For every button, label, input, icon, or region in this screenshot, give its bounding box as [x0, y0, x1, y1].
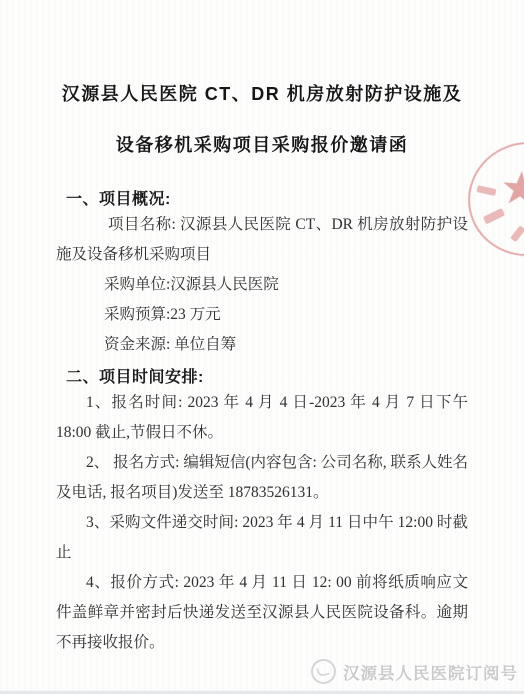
purchaser-paragraph: 采购单位:汉源县人民医院	[56, 270, 468, 300]
schedule-item-2: 2、 报名方式: 编辑短信(内容包含: 公司名称, 联系人姓名及电话, 报名项目…	[56, 448, 468, 508]
hospital-red-seal: ★	[459, 132, 524, 265]
document-title-line1: 汉源县人民医院 CT、DR 机房放射防护设施及	[56, 83, 468, 105]
watermark-text: 汉源县人民医院订阅号	[343, 660, 518, 684]
seal-text-mark	[510, 225, 524, 242]
seal-text-mark	[476, 185, 496, 196]
scanned-document-page: ★ 汉源县人民医院 CT、DR 机房放射防护设施及 设备移机采购项目采购报价邀请…	[0, 0, 524, 694]
schedule-item-1: 1、报名时间: 2023 年 4 月 4 日-2023 年 4 月 7 日下午 …	[56, 388, 468, 448]
funding-paragraph: 资金来源: 单位自筹	[56, 330, 468, 360]
schedule-item-4: 4、报价方式: 2023 年 4 月 11 日 12: 00 前将纸质响应文件盖…	[56, 568, 468, 658]
hospital-logo-glyph	[316, 666, 330, 677]
project-name-paragraph: 项目名称: 汉源县人民医院 CT、DR 机房放射防护设施及设备移机采购项目	[56, 210, 468, 270]
wechat-account-watermark: 汉源县人民医院订阅号	[311, 659, 518, 684]
section-overview-heading: 一、项目概况:	[56, 190, 468, 210]
document-title-line2: 设备移机采购项目采购报价邀请函	[56, 134, 468, 156]
schedule-item-3: 3、采购文件递交时间: 2023 年 4 月 11 日中午 12:00 时截止	[56, 508, 468, 568]
seal-star-icon: ★	[498, 164, 524, 213]
section-schedule-heading: 二、项目时间安排:	[56, 368, 468, 388]
document-content: 汉源县人民医院 CT、DR 机房放射防护设施及 设备移机采购项目采购报价邀请函 …	[56, 0, 468, 658]
budget-paragraph: 采购预算:23 万元	[56, 300, 468, 330]
hospital-logo-icon	[311, 659, 336, 684]
seal-text-mark	[483, 208, 505, 224]
